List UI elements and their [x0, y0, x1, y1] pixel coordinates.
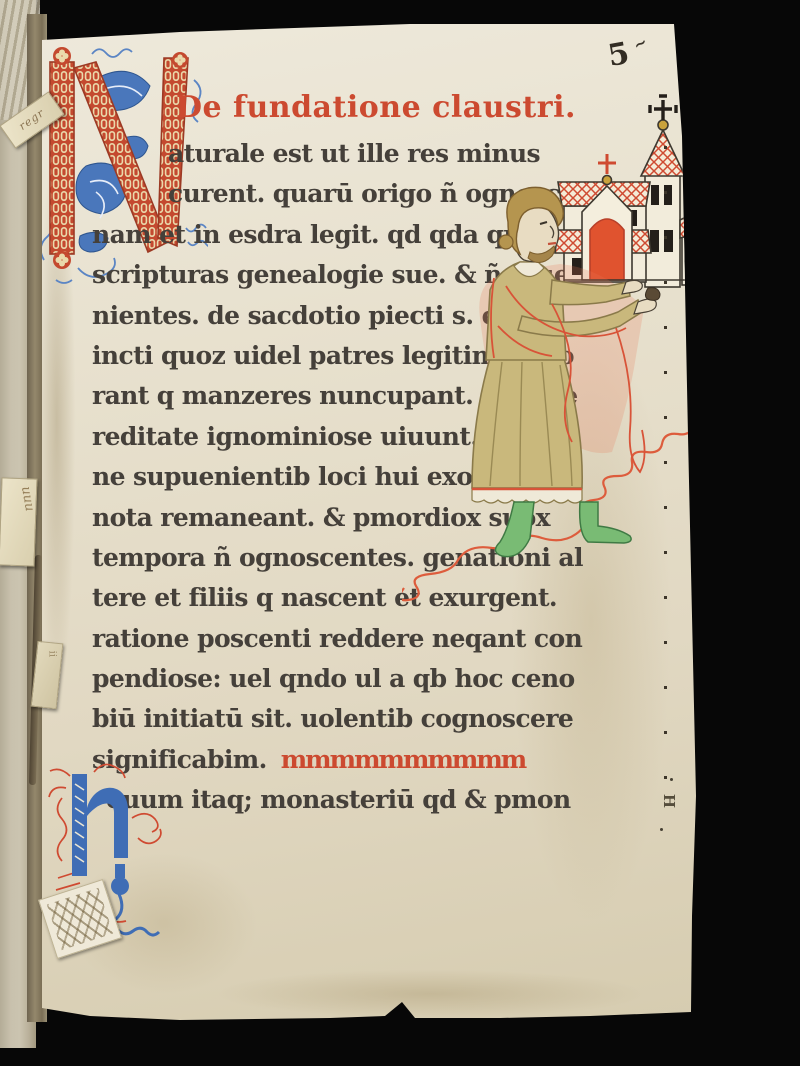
red-portal	[590, 219, 624, 280]
spire-orb	[658, 120, 668, 130]
church-model	[555, 96, 696, 287]
gable-orb	[603, 176, 612, 185]
pen-trial-tab: uuu	[0, 477, 38, 566]
tower-spire	[641, 130, 685, 176]
hem-frill	[472, 488, 582, 503]
text-line: pendiose: uel qndo ul a qb hoc ceno	[92, 659, 612, 699]
folio-number: 5~	[605, 33, 649, 74]
church-side-building	[682, 220, 696, 285]
folio-number-flourish: ~	[630, 31, 653, 55]
quire-dot	[670, 778, 673, 781]
manuscript-photo: 5~	[0, 0, 800, 1066]
gable-cross-icon	[598, 154, 616, 174]
lips	[548, 243, 556, 244]
hair-curl	[499, 235, 513, 249]
tower-cross-icon	[650, 96, 676, 120]
text-line: biū initiatū sit. uolentib cognoscere	[92, 699, 612, 739]
left-stocking	[495, 502, 534, 557]
founder-miniature	[402, 90, 696, 606]
quire-signature: H	[660, 794, 678, 808]
grasping-fist	[645, 288, 660, 301]
pen-trial-lattice	[47, 888, 113, 950]
quire-dot	[660, 828, 663, 831]
red-line-filler: mmmmmmmmmm	[281, 745, 526, 774]
prick-marks	[664, 146, 667, 801]
right-stocking	[580, 502, 631, 543]
text-line: ratione poscenti reddere neqant con	[92, 619, 612, 659]
manuscript-page: 5~	[30, 16, 698, 1024]
